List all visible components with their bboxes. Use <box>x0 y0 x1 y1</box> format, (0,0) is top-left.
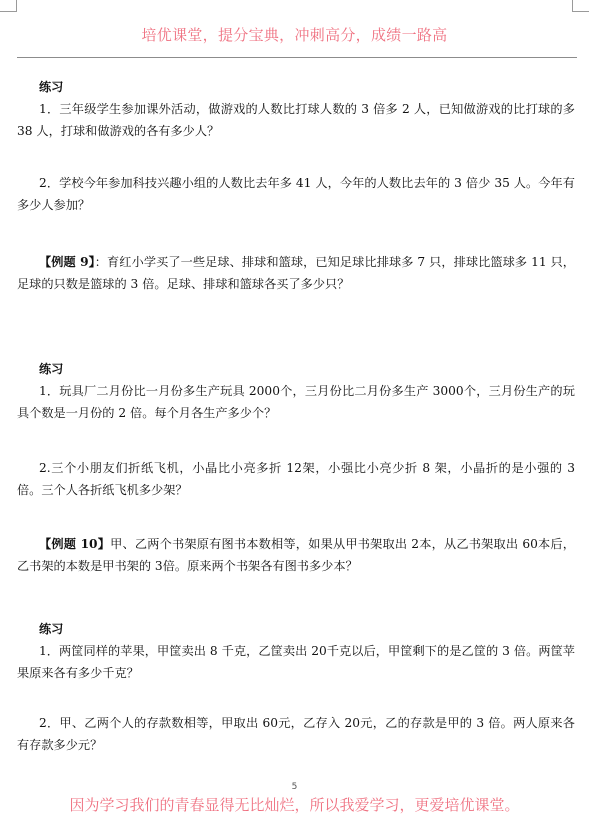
page-corner-mark-top-right <box>572 0 589 12</box>
header-divider <box>17 57 577 58</box>
example-10-label: 【例题 10】 <box>39 537 110 551</box>
page-number: 5 <box>0 782 589 792</box>
section-heading-practice-1: 练习 <box>17 76 589 98</box>
practice-1-question-1: 1．三年级学生参加课外活动，做游戏的人数比打球人数的 3 倍多 2 人，已知做游… <box>17 98 575 142</box>
example-9-text: ：育红小学买了一些足球、排球和篮球，已知足球比排球多 7 只，排球比篮球多 11… <box>17 255 575 291</box>
practice-2-question-2: 2.三个小朋友们折纸飞机，小晶比小亮多折 12架，小强比小亮少折 8 架，小晶折… <box>17 457 575 501</box>
footer-slogan: 因为学习我们的青春显得无比灿烂，所以我爱学习，更爱培优课堂。 <box>0 794 589 815</box>
practice-2-question-1: 1．玩具厂二月份比一月份多生产玩具 2000个，三月份比二月份多生产 3000个… <box>17 380 575 424</box>
header-title: 培优课堂，提分宝典，冲刺高分，成绩一路高 <box>0 24 589 45</box>
example-9: 【例题 9】：育红小学买了一些足球、排球和篮球，已知足球比排球多 7 只，排球比… <box>17 251 575 295</box>
practice-1-question-2: 2．学校今年参加科技兴趣小组的人数比去年多 41 人，今年的人数比去年的 3 倍… <box>17 172 575 216</box>
section-heading-practice-3: 练习 <box>17 618 589 640</box>
practice-3-question-1: 1．两筐同样的苹果，甲筐卖出 8 千克，乙筐卖出 20千克以后，甲筐剩下的是乙筐… <box>17 640 575 684</box>
practice-3-question-2: 2．甲、乙两个人的存款数相等，甲取出 60元，乙存入 20元，乙的存款是甲的 3… <box>17 712 575 756</box>
example-10: 【例题 10】甲、乙两个书架原有图书本数相等，如果从甲书架取出 2本，从乙书架取… <box>17 533 575 577</box>
example-9-label: 【例题 9】 <box>39 255 95 269</box>
section-heading-practice-2: 练习 <box>17 358 589 380</box>
page-corner-mark-top-left <box>0 0 17 12</box>
